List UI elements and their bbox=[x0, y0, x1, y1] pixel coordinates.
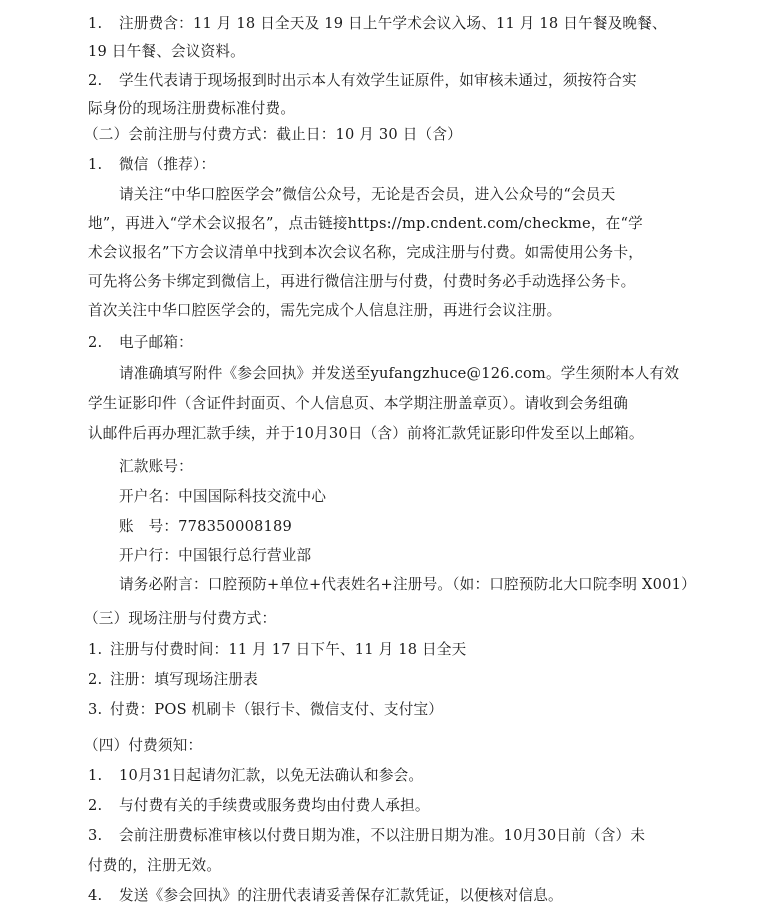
item-number: 1. bbox=[88, 14, 119, 34]
item-number: 2. bbox=[88, 333, 119, 353]
wechat-line-5: 首次关注中华口腔医学会的，需先完成个人信息注册，再进行会议注册。 bbox=[88, 301, 561, 321]
email-line-3: 认邮件后再办理汇款手续，并于10月30日（含）前将汇款凭证影印件发至以上邮箱。 bbox=[88, 424, 644, 444]
section-heading-pre-registration: （二）会前注册与付费方式：截止日：10 月 30 日（含） bbox=[84, 125, 462, 145]
fee-item-2-cont: 际身份的现场注册费标准付费。 bbox=[88, 99, 295, 119]
email-line-1: 请准确填写附件《参会回执》并发送至yufangzhuce@126.com。学生须… bbox=[119, 364, 679, 384]
wechat-title: 1.微信（推荐）： bbox=[88, 155, 215, 175]
item-text: 微信（推荐）： bbox=[119, 156, 215, 173]
onsite-item-3: 3.付费：POS 机刷卡（银行卡、微信支付、支付宝） bbox=[88, 700, 443, 720]
account-holder: 开户名：中国国际科技交流中心 bbox=[119, 487, 326, 507]
item-number: 1. bbox=[88, 155, 119, 175]
item-number: 1. bbox=[88, 766, 119, 786]
notice-item-1: 1.10月31日起请勿汇款，以免无法确认和参会。 bbox=[88, 766, 423, 786]
email-title: 2.电子邮箱： bbox=[88, 333, 193, 353]
account-note: 请务必附言：口腔预防+单位+代表姓名+注册号。（如：口腔预防北大口院李明 X00… bbox=[119, 575, 696, 595]
item-text: 与付费有关的手续费或服务费均由付费人承担。 bbox=[119, 797, 430, 814]
email-line-2: 学生证影印件（含证件封面页、个人信息页、本学期注册盖章页）。请收到会务组确 bbox=[88, 394, 628, 414]
wechat-line-2: 地”，再进入“学术会议报名”，点击链接https://mp.cndent.com… bbox=[88, 214, 643, 234]
account-bank: 开户行：中国银行总行营业部 bbox=[119, 546, 311, 566]
wechat-line-4: 可先将公务卡绑定到微信上，再进行微信注册与付费，付费时务必手动选择公务卡。 bbox=[88, 272, 635, 292]
item-number: 2. bbox=[88, 796, 119, 816]
item-number: 4. bbox=[88, 886, 119, 906]
item-text: 注册费含：11 月 18 日全天及 19 日上午学术会议入场、11 月 18 日… bbox=[119, 15, 667, 32]
onsite-item-2: 2.注册：填写现场注册表 bbox=[88, 670, 258, 690]
item-text: 10月31日起请勿汇款，以免无法确认和参会。 bbox=[119, 767, 423, 784]
fee-item-2: 2.学生代表请于现场报到时出示本人有效学生证原件，如审核未通过，须按符合实 bbox=[88, 71, 637, 91]
item-text: 发送《参会回执》的注册代表请妥善保存汇款凭证，以便核对信息。 bbox=[119, 887, 563, 904]
item-text: 注册与付费时间：11 月 17 日下午、11 月 18 日全天 bbox=[110, 641, 466, 658]
item-text: 电子邮箱： bbox=[119, 334, 193, 351]
notice-item-3: 3.会前注册费标准审核以付费日期为准，不以注册日期为准。10月30日前（含）未 bbox=[88, 826, 645, 846]
item-number: 3. bbox=[88, 826, 119, 846]
notice-item-4: 4.发送《参会回执》的注册代表请妥善保存汇款凭证，以便核对信息。 bbox=[88, 886, 563, 906]
account-number: 账 号：778350008189 bbox=[119, 517, 292, 537]
item-number: 2. bbox=[88, 670, 110, 690]
section-heading-payment-notice: （四）付费须知： bbox=[84, 736, 202, 756]
item-text: 注册：填写现场注册表 bbox=[110, 671, 258, 688]
account-title: 汇款账号： bbox=[119, 457, 193, 477]
item-number: 2. bbox=[88, 71, 119, 91]
item-text: 学生代表请于现场报到时出示本人有效学生证原件，如审核未通过，须按符合实 bbox=[119, 72, 637, 89]
item-text: 会前注册费标准审核以付费日期为准，不以注册日期为准。10月30日前（含）未 bbox=[119, 827, 645, 844]
fee-item-1-cont: 19 日午餐、会议资料。 bbox=[88, 42, 245, 62]
wechat-line-3: 术会议报名”下方会议清单中找到本次会议名称，完成注册与付费。如需使用公务卡， bbox=[88, 243, 643, 263]
fee-item-1: 1.注册费含：11 月 18 日全天及 19 日上午学术会议入场、11 月 18… bbox=[88, 14, 667, 34]
notice-item-2: 2.与付费有关的手续费或服务费均由付费人承担。 bbox=[88, 796, 430, 816]
item-text: 付费：POS 机刷卡（银行卡、微信支付、支付宝） bbox=[110, 701, 443, 718]
section-heading-onsite: （三）现场注册与付费方式： bbox=[84, 609, 276, 629]
notice-item-3-cont: 付费的，注册无效。 bbox=[88, 856, 221, 876]
wechat-line-1: 请关注“中华口腔医学会”微信公众号，无论是否会员，进入公众号的“会员天 bbox=[119, 185, 615, 205]
onsite-item-1: 1.注册与付费时间：11 月 17 日下午、11 月 18 日全天 bbox=[88, 640, 466, 660]
item-number: 1. bbox=[88, 640, 110, 660]
item-number: 3. bbox=[88, 700, 110, 720]
